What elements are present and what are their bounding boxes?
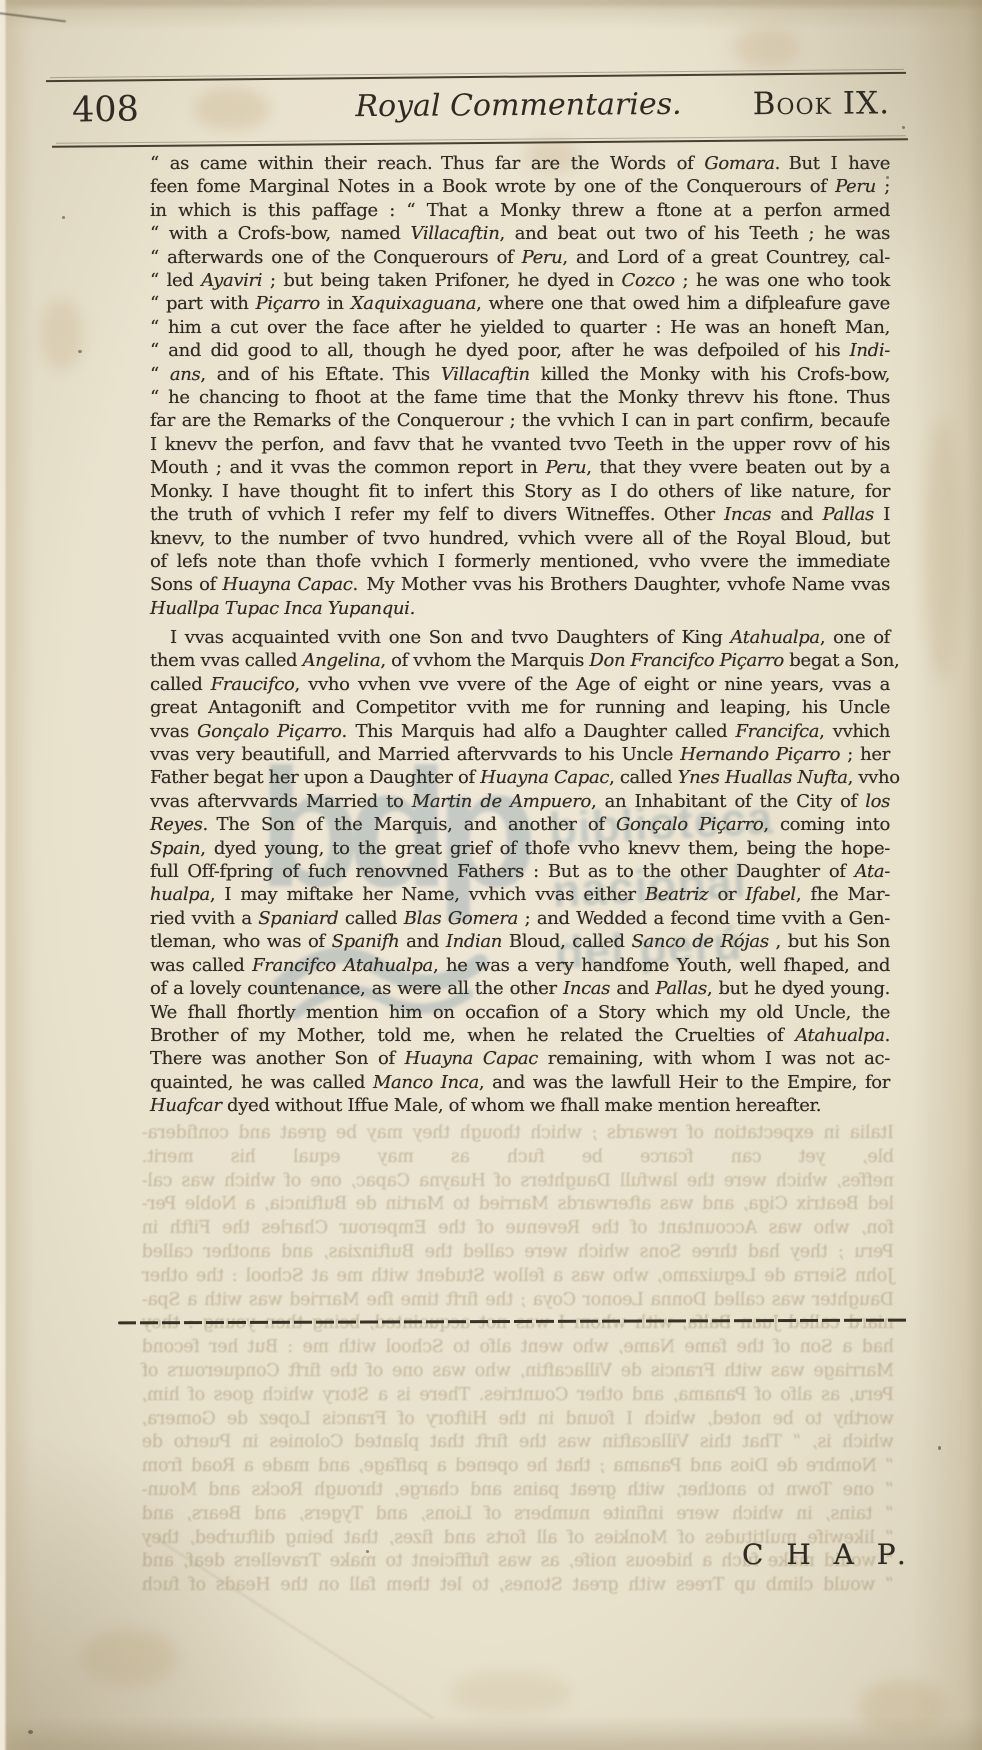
text-segment: in which is this paffage : “ That a Monk… (150, 200, 890, 221)
text-line: in which is this paffage : “ That a Monk… (150, 199, 890, 222)
text-segment: . My Mother vvas his Brothers Daughter, … (352, 574, 890, 595)
text-segment: dyed without Iffue Male, of whom we fhal… (222, 1095, 822, 1116)
text-line: them vvas called Angelina, of vvhom the … (150, 649, 890, 672)
text-segment: of lefs note than thofe vvhich I formerl… (150, 551, 890, 572)
paragraph-quote: “ as came within their reach. Thus far a… (150, 152, 890, 620)
text-segment: . (885, 1025, 890, 1046)
text-segment: Reyes (150, 814, 203, 835)
ink-speck (366, 1550, 369, 1553)
bleedthrough-line: “ tains, in which were infinite numbers … (142, 1503, 894, 1527)
text-line: vvas aftervvards Married to Martin de Am… (150, 790, 890, 813)
text-segment: Peru (522, 247, 563, 268)
text-segment: ; her (840, 744, 890, 765)
text-segment: ried vvith a (150, 908, 258, 929)
text-segment: Manco Inca (373, 1072, 479, 1093)
text-segment: Ayaviri (201, 270, 262, 291)
bleedthrough-line: ble, yet can fcarce be fuch as may equal… (142, 1146, 894, 1170)
ink-speck (78, 350, 82, 353)
foxing-stain (860, 1680, 945, 1735)
bleedthrough-line: Marriage was with Francis de Villacaftin… (142, 1360, 894, 1384)
text-segment: , and beat out two of his Teeth ; he was (499, 223, 890, 244)
text-segment: , vvho (848, 767, 900, 788)
foxing-stain (42, 300, 82, 370)
text-line: the truth of vvhich I refer my felf to d… (150, 503, 890, 526)
text-segment: , but he dyed young. (707, 978, 890, 999)
text-segment: Monky. I have thought fit to infert this… (150, 481, 890, 502)
text-segment: ; and Wedded a fecond time vvith a Gen- (518, 908, 890, 929)
text-segment: Spaniard (258, 908, 338, 929)
text-segment: and (610, 978, 655, 999)
text-segment: Incas (563, 978, 610, 999)
text-segment: , of vvhom the Marquis (380, 650, 589, 671)
text-segment: Indian (446, 931, 502, 952)
bleedthrough-line: Daughter was called Donna Leonor Coya ; … (142, 1289, 894, 1313)
text-segment: Don Francifco Piçarro (589, 650, 784, 671)
text-segment: vvas very beautifull, and Married afterv… (150, 744, 680, 765)
text-segment: , but his Son (769, 931, 890, 952)
ink-speck (938, 1446, 941, 1450)
text-segment: , fhe Mar- (796, 884, 890, 905)
text-segment: far are the Remarks of the Conquerour ; … (150, 410, 890, 431)
bleedthrough-line: which is, “ That this Villacaftin was th… (142, 1431, 894, 1455)
text-segment: , and was the lawfull Heir to the Empire… (479, 1072, 890, 1093)
text-segment: , an Inhabitant of the City of (591, 791, 865, 812)
text-segment: Villacaftin (441, 364, 530, 385)
text-segment: Mouth ; and it vvas the common report in (150, 457, 545, 478)
text-segment: Ynes Huallas Nufta (678, 767, 848, 788)
text-segment: ans (170, 364, 201, 385)
text-segment: and (399, 931, 445, 952)
text-line: Brother of my Mother, told me, when he r… (150, 1024, 890, 1047)
text-segment: , where one that owed him a difpleafure … (476, 293, 890, 314)
text-segment: great Antagonift and Competitor vvith me… (150, 697, 890, 718)
bleedthrough-line: had a Son of the fame Name, who went alf… (142, 1336, 894, 1360)
text-segment: Peru (835, 176, 876, 197)
text-segment: quainted, he was called (150, 1072, 373, 1093)
foxing-stain (450, 1672, 570, 1714)
text-segment: Ifabel (746, 884, 796, 905)
text-line: Reyes. The Son of the Marquis, and anoth… (150, 813, 890, 836)
text-segment: in (320, 293, 351, 314)
bleedthrough-line: niard called Juan Balfa, with whom I was… (142, 1312, 894, 1336)
text-segment: , called (609, 767, 678, 788)
text-segment: Atahualpa (730, 627, 819, 648)
text-segment: Ata- (855, 861, 890, 882)
text-segment: Huayna Capac (222, 574, 352, 595)
text-line: “ and did good to all, though he dyed po… (150, 339, 890, 362)
text-line: “ afterwards one of the Conquerours of P… (150, 246, 890, 269)
text-segment: knevv, to the number of tvvo hundred, vv… (150, 528, 890, 549)
text-segment: Gonçalo Piçarro (616, 814, 763, 835)
text-segment: Angelina (303, 650, 381, 671)
text-segment: “ part with (150, 293, 256, 314)
page-edge-mark (0, 12, 66, 23)
ink-speck (28, 1730, 33, 1734)
text-segment: I knevv the perfon, and favv that he vva… (150, 434, 890, 455)
book-page: bdp biblioteca nacional del perú Italia … (0, 0, 982, 1750)
text-segment: . This Marquis had alfo a Daughter calle… (341, 721, 735, 742)
text-segment: begat a Son, (784, 650, 900, 671)
text-segment: vvas (150, 721, 197, 742)
text-segment: , I may miftake her Name, vvhich vvas ei… (210, 884, 645, 905)
text-segment: I (874, 504, 890, 525)
bleedthrough-line: worthy to be noted, which I found in the… (142, 1408, 894, 1432)
text-segment: tleman, who was of (150, 931, 332, 952)
text-line: “ he chancing to fhoot at the fame time … (150, 386, 890, 409)
text-segment: “ and did good to all, though he dyed po… (150, 340, 850, 361)
catchword: C H A P. (742, 1538, 913, 1571)
text-segment: Spain (150, 838, 200, 859)
text-line: Spain, dyed young, to the great grief of… (150, 837, 890, 860)
text-segment: . The Son of the Marquis, and another of (203, 814, 616, 835)
text-segment: , vvhich (819, 721, 890, 742)
text-segment: called (338, 908, 403, 929)
text-segment: “ with a Crofs-bow, named (150, 223, 411, 244)
text-line: great Antagonift and Competitor vvith me… (150, 696, 890, 719)
text-line: called Fraucifco, vvho vvhen vve vvere o… (150, 673, 890, 696)
page-number: 408 (72, 89, 140, 130)
text-line: tleman, who was of Spanifh and Indian Bl… (150, 930, 890, 953)
text-segment: Francifca (736, 721, 820, 742)
text-segment: Xaquixaguana (351, 293, 476, 314)
bleedthrough-line: Italia in expectation of rewards ; which… (142, 1122, 894, 1146)
text-segment: Huafcar (150, 1095, 222, 1116)
text-segment: , coming into (763, 814, 890, 835)
text-segment: ; he was one who took (675, 270, 890, 291)
bleedthrough-text: Italia in expectation of rewards ; which… (142, 1122, 894, 1598)
header-rule-top (46, 72, 906, 82)
text-line: vvas very beautifull, and Married afterv… (150, 743, 890, 766)
text-segment: Villacaftin (411, 223, 500, 244)
text-line: feen fome Marginal Notes in a Book wrote… (150, 175, 890, 198)
text-segment: Bloud, called (502, 931, 631, 952)
text-segment: ; but being taken Prifoner, he dyed in (262, 270, 621, 291)
text-segment: , and Lord of a great Countrey, cal- (562, 247, 890, 268)
text-line: “ him a cut over the face after he yield… (150, 316, 890, 339)
text-segment: , he was a very handfome Youth, well fha… (433, 955, 890, 976)
text-segment: them vvas called (150, 650, 303, 671)
text-segment: feen fome Marginal Notes in a Book wrote… (150, 176, 835, 197)
text-segment: vvas aftervvards Married to (150, 791, 412, 812)
text-line: far are the Remarks of the Conquerour ; … (150, 409, 890, 432)
text-line: “ as came within their reach. Thus far a… (150, 152, 890, 175)
text-line: ried vvith a Spaniard called Blas Gomera… (150, 907, 890, 930)
text-segment: . But I have (775, 153, 890, 174)
text-segment: “ he chancing to fhoot at the fame time … (150, 387, 890, 408)
bleedthrough-line: John Sierra de Leguizamo, who was a fell… (142, 1265, 894, 1289)
text-segment: Piçarro (256, 293, 320, 314)
text-segment: Spanifh (332, 931, 400, 952)
ink-speck (902, 126, 905, 129)
bleedthrough-line: “ would climb up Trees with great Stones… (142, 1574, 894, 1598)
text-line: vvas Gonçalo Piçarro. This Marquis had a… (150, 720, 890, 743)
text-line: of lefs note than thofe vvhich I formerl… (150, 550, 890, 573)
bleedthrough-line: “ one Town to another, with great pains … (142, 1479, 894, 1503)
text-line: “ part with Piçarro in Xaquixaguana, whe… (150, 292, 890, 315)
text-segment: “ (150, 364, 170, 385)
text-segment: Fraucifco (211, 674, 295, 695)
bleedthrough-line: led Beatrix Ciga, and was afterwards Mar… (142, 1193, 894, 1217)
text-segment: Sanco de Rójas (632, 931, 769, 952)
text-segment: Atahualpa (795, 1025, 884, 1046)
text-segment: Huayna Capac (480, 767, 609, 788)
text-line: quainted, he was called Manco Inca, and … (150, 1071, 890, 1094)
text-segment: Huayna Capac (405, 1048, 538, 1069)
text-line: “ led Ayaviri ; but being taken Prifoner… (150, 269, 890, 292)
text-segment: Huallpa Tupac Inca Yupanqui. (150, 598, 415, 619)
header-rule-bottom (52, 138, 908, 147)
text-segment: was called (150, 955, 252, 976)
text-segment: full Off-fpring of fuch renovvned Father… (150, 861, 855, 882)
text-segment: called (150, 674, 211, 695)
bleedthrough-line: neffes, which were the lawfull Daughters… (142, 1170, 894, 1194)
text-line: knevv, to the number of tvvo hundred, vv… (150, 527, 890, 550)
text-line: Father begat her upon a Daughter of Huay… (150, 766, 890, 789)
text-segment: Cozco (622, 270, 675, 291)
text-segment: Peru (545, 457, 586, 478)
text-segment: remaining, with whom I was not ac- (538, 1048, 890, 1069)
text-segment: and (771, 504, 822, 525)
text-segment: “ led (150, 270, 201, 291)
text-line: hualpa, I may miftake her Name, vvhich v… (150, 883, 890, 906)
text-segment: “ him a cut over the face after he yield… (150, 317, 890, 338)
text-line: There was another Son of Huayna Capac re… (150, 1047, 890, 1070)
text-segment: Francifco Atahualpa (252, 955, 433, 976)
text-segment: I vvas acquainted vvith one Son and tvvo… (170, 627, 730, 648)
text-segment: Pallas (655, 978, 706, 999)
bleedthrough-line: Peru, as alfo of Panama, and other Count… (142, 1384, 894, 1408)
text-segment: Brother of my Mother, told me, when he r… (150, 1025, 795, 1046)
text-segment: , one of (820, 627, 890, 648)
text-segment: Gonçalo Piçarro (197, 721, 341, 742)
text-segment: Gomara (704, 153, 774, 174)
ink-speck (886, 176, 889, 179)
text-segment: or (708, 884, 745, 905)
text-segment: , dyed young, to the great grief of thof… (200, 838, 890, 859)
text-segment: Indi- (850, 340, 890, 361)
bleedthrough-line: “ Nombre de Dios and Panama ; that he op… (142, 1455, 894, 1479)
text-segment: Beatriz (645, 884, 708, 905)
text-line: Monky. I have thought fit to infert this… (150, 480, 890, 503)
text-line: was called Francifco Atahualpa, he was a… (150, 954, 890, 977)
text-line: I knevv the perfon, and favv that he vva… (150, 433, 890, 456)
paragraph-body: I vvas acquainted vvith one Son and tvvo… (150, 626, 890, 1118)
text-line: Huafcar dyed without Iffue Male, of whom… (150, 1094, 890, 1117)
text-segment: Hernando Piçarro (680, 744, 840, 765)
foxing-stain (735, 28, 799, 68)
text-segment: of a lovely countenance, as were all the… (150, 978, 563, 999)
text-segment: We fhall fhortly mention him on occafion… (150, 1002, 890, 1023)
text-segment: Father begat her upon a Daughter of (150, 767, 480, 788)
text-line: “ ans, and of his Eftate. This Villacaft… (150, 363, 890, 386)
text-segment: ; (876, 176, 890, 197)
text-segment: , that they vvere beaten out by a (586, 457, 890, 478)
text-line: Sons of Huayna Capac. My Mother vvas his… (150, 573, 890, 596)
bleedthrough-line: fon, who was Accountant of the Revenue o… (142, 1217, 894, 1241)
text-segment: “ as came within their reach. Thus far a… (150, 153, 704, 174)
text-segment: , vvho vvhen vve vvere of the Age of eig… (294, 674, 890, 695)
foxing-stain (82, 1630, 177, 1685)
text-line: Huallpa Tupac Inca Yupanqui. (150, 597, 890, 620)
text-line: “ with a Crofs-bow, named Villacaftin, a… (150, 222, 890, 245)
text-segment: los (865, 791, 890, 812)
text-segment: Sons of (150, 574, 222, 595)
text-segment: Blas Gomera (404, 908, 518, 929)
text-line: We fhall fhortly mention him on occafion… (150, 1001, 890, 1024)
text-line: I vvas acquainted vvith one Son and tvvo… (150, 626, 890, 649)
bleedthrough-line: Peru ; they had three Sons which were ca… (142, 1241, 894, 1265)
foxing-stain (925, 420, 959, 680)
text-segment: There was another Son of (150, 1048, 405, 1069)
text-line: full Off-fpring of fuch renovvned Father… (150, 860, 890, 883)
book-number: Book IX. (700, 85, 890, 122)
text-segment: Pallas (823, 504, 874, 525)
text-segment: “ afterwards one of the Conquerours of (150, 247, 522, 268)
text-segment: , and of his Eftate. This (200, 364, 440, 385)
text-segment: hualpa (150, 884, 210, 905)
ink-speck (62, 216, 65, 219)
text-line: of a lovely countenance, as were all the… (150, 977, 890, 1000)
text-segment: the truth of vvhich I refer my felf to d… (150, 504, 724, 525)
text-segment: Incas (724, 504, 771, 525)
text-segment: Martin de Ampuero (412, 791, 591, 812)
text-line: Mouth ; and it vvas the common report in… (150, 456, 890, 479)
text-segment: killed the Monky with his Crofs-bow, (530, 364, 890, 385)
